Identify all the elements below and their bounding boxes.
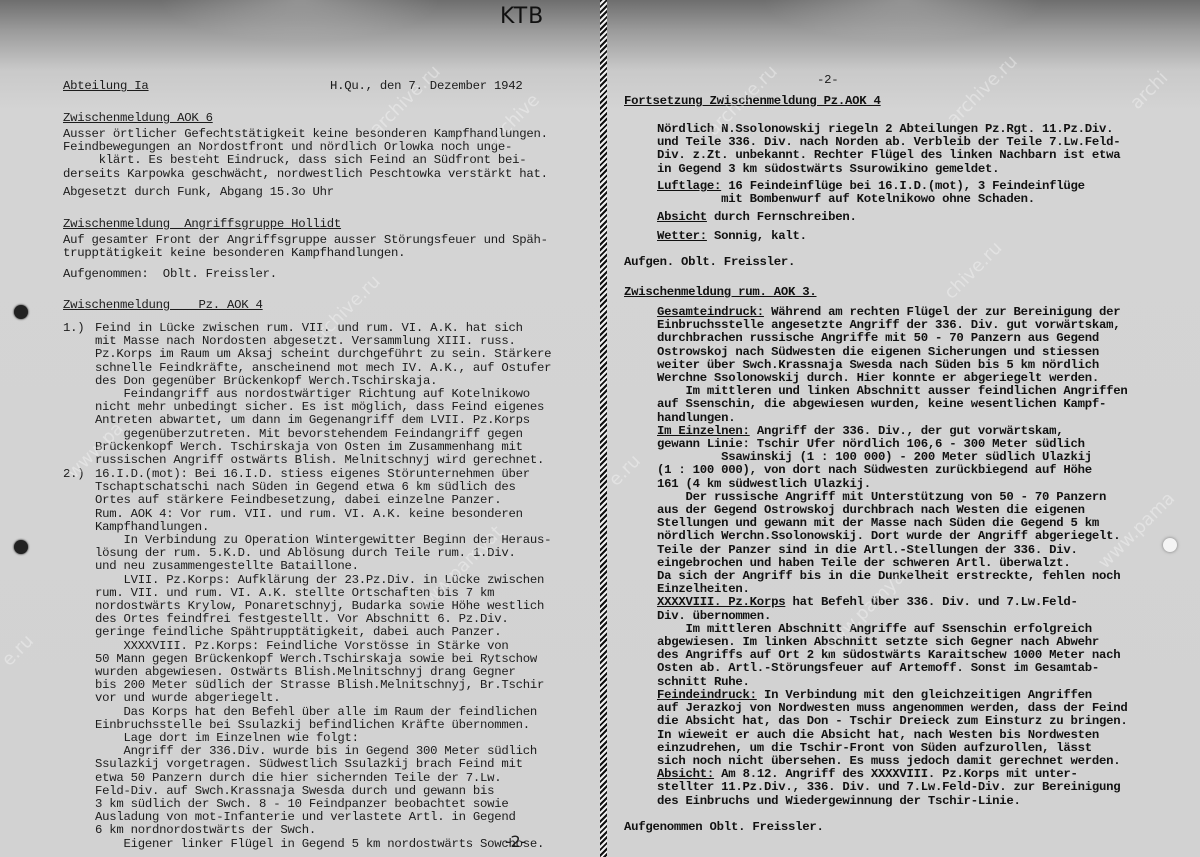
luftlage-text-2: mit Bombenwurf auf Kotelnikowo ohne Scha… (657, 193, 1035, 206)
wetter-text: Sonnig, kalt. (707, 229, 807, 243)
section-heading-hollidt: Zwischenmeldung Angriffsgruppe Hollidt (63, 218, 341, 231)
watermark: e.ru (0, 630, 38, 670)
watermark: e.ru (607, 450, 645, 490)
section-heading-continuation: Fortsetzung Zwischenmeldung Pz.AOK 4 (624, 95, 881, 108)
item-1-body: Feind in Lücke zwischen rum. VII. und ru… (95, 322, 551, 467)
text-line: derseits Karpowka geschwächt, nordwestli… (63, 168, 548, 181)
received-note-rum: Aufgenommen Oblt. Freissler. (624, 821, 1095, 834)
text-line: 6 km nordnordostwärts der Swch. (95, 824, 551, 837)
text-line: Div. übernommen. (657, 610, 1128, 623)
text-line: (1 : 100 000), von dort nach Südwesten z… (657, 464, 1128, 477)
date-line: H.Qu., den 7. Dezember 1942 (330, 80, 523, 93)
watermark: chive.ru (940, 237, 1006, 303)
text-line: Ssulazkij vorgetragen. Südwestlich Ssula… (95, 758, 551, 771)
item-number: 2.) (63, 468, 84, 481)
luftlage-label: Luftlage: (657, 179, 721, 193)
spacer (657, 808, 1128, 821)
item-2-body: 16.I.D.(mot): Bei 16.I.D. stiess eigenes… (95, 468, 551, 851)
text-line: geringe feindliche Spähtrupptätigkeit, d… (95, 626, 551, 639)
text-line: In wieweit er auch die Absicht hat, nach… (657, 729, 1128, 742)
section-heading-rum-aok3: Zwischenmeldung rum. AOK 3. (624, 286, 817, 299)
text-line: in Gegend 3 km südostwärts Ssurowikino g… (657, 163, 1120, 176)
received-note: Aufgenommen: Oblt. Freissler. (63, 268, 277, 281)
text-line: Osten ab. Artl.-Störungsfeuer auf Artemo… (657, 662, 1128, 675)
department-label: Abteilung Ia (63, 80, 149, 93)
inline-label: XXXXVIII. Pz.Korps (657, 595, 785, 609)
page-mark: -2- (505, 835, 526, 848)
absicht-row: Absicht durch Fernschreiben. (657, 211, 857, 224)
text-line: durchbrachen russische Angriffe mit 50 -… (657, 332, 1128, 345)
text-line: des Einbruchs und Wiedergewinnung der Ts… (657, 795, 1128, 808)
text-line: gegenüberzutreten. Mit bevorstehendem Fe… (95, 428, 551, 441)
text-line: trupptätigkeit keine besonderen Kampfhan… (63, 247, 548, 260)
text-line: XXXXVIII. Pz.Korps hat Befehl über 336. … (657, 596, 1128, 609)
text-line: russischen Angriff ostwärts Blish. Melni… (95, 454, 551, 467)
punch-hole (14, 540, 28, 554)
text-line: schnelle Feindkräfte, anscheinend mot me… (95, 362, 551, 375)
inline-label: Gesamteindruck: (657, 305, 764, 319)
rum-aok3-body: Gesamteindruck: Während am rechten Flüge… (657, 306, 1128, 834)
text-line: etwa 50 Panzern durch die hier sichernde… (95, 772, 551, 785)
inline-label: Im Einzelnen: (657, 424, 750, 438)
wetter-row: Wetter: Sonnig, kalt. (657, 230, 807, 243)
watermark: archi (1126, 67, 1172, 113)
page-binding (600, 0, 607, 857)
page-number: -2- (817, 74, 838, 87)
inline-label: Absicht: (657, 767, 714, 781)
wetter-label: Wetter: (657, 229, 707, 243)
text-line: 161 (4 km südwestlich Ulazkij. (657, 478, 1128, 491)
section-heading-aok6: Zwischenmeldung AOK 6 (63, 112, 213, 125)
text-line: Ortes auf stärkere Feindbesetzung, dabei… (95, 494, 551, 507)
section-heading-pzaok4: Zwischenmeldung Pz. AOK 4 (63, 299, 263, 312)
text-line: Antreten abwartet, um dann im Gegenangri… (95, 414, 551, 427)
text-line: nördlich Werchn.Ssolonowskij. Dort wurde… (657, 530, 1128, 543)
section-body-hollidt: Auf gesamter Front der Angriffsgruppe au… (63, 234, 548, 260)
watermark: archive.ru (943, 51, 1022, 130)
luftlage-text: 16 Feindeinflüge bei 16.I.D.(mot), 3 Fei… (721, 179, 1085, 193)
text-line: Rum. AOK 4: Vor rum. VII. und rum. VI. A… (95, 508, 551, 521)
text-line: XXXXVIII. Pz.Korps: Feindliche Vorstösse… (95, 640, 551, 653)
punch-hole (1163, 538, 1177, 552)
transmission-note: Abgesetzt durch Funk, Abgang 15.3o Uhr (63, 186, 334, 199)
archive-mark: KTB (500, 4, 544, 29)
item-number: 1.) (63, 322, 84, 335)
left-page: KTB Abteilung Ia H.Qu., den 7. Dezember … (0, 0, 600, 857)
section-body-aok6: Ausser örtlicher Gefechtstätigkeit keine… (63, 128, 548, 181)
text-line: stellter 11.Pz.Div., 336. Div. und 7.Lw.… (657, 781, 1128, 794)
continuation-body: Nördlich N.Ssolonowskij riegeln 2 Abteil… (657, 123, 1120, 176)
text-line: Pz.Korps im Raum um Aksaj scheint durchg… (95, 348, 551, 361)
text-line: Das Korps hat den Befehl über alle im Ra… (95, 706, 551, 719)
absicht-text: durch Fernschreiben. (707, 210, 857, 224)
inline-label: Feindeindruck: (657, 688, 757, 702)
text-line: vor und wurde abgeriegelt. (95, 692, 551, 705)
text-line: Ostrowskoj nach Südwesten die eigenen Si… (657, 346, 1128, 359)
text-line: Div. z.Zt. unbekannt. Rechter Flügel des… (657, 149, 1120, 162)
received-note-right: Aufgen. Oblt. Freissler. (624, 256, 795, 269)
text-line: Eigener linker Flügel in Gegend 5 km nor… (95, 838, 551, 851)
right-page: -2- Fortsetzung Zwischenmeldung Pz.AOK 4… (607, 0, 1200, 857)
text-line: auf Ssenschin, die abgewiesen wurden, ke… (657, 398, 1128, 411)
text-line: klärt. Es besteht Eindruck, dass sich Fe… (63, 154, 548, 167)
text-line: Teile der Panzer sind in die Artl.-Stell… (657, 544, 1128, 557)
punch-hole (14, 305, 28, 319)
text-line: LVII. Pz.Korps: Aufklärung der 23.Pz.Div… (95, 574, 551, 587)
text-line: die Absicht hat, das Don - Tschir Dreiec… (657, 715, 1128, 728)
text-line: einzudrehen, um die Tschir-Front von Süd… (657, 742, 1128, 755)
text-line: und neu zusammengestellte Bataillone. (95, 560, 551, 573)
absicht-label: Absicht (657, 210, 707, 224)
